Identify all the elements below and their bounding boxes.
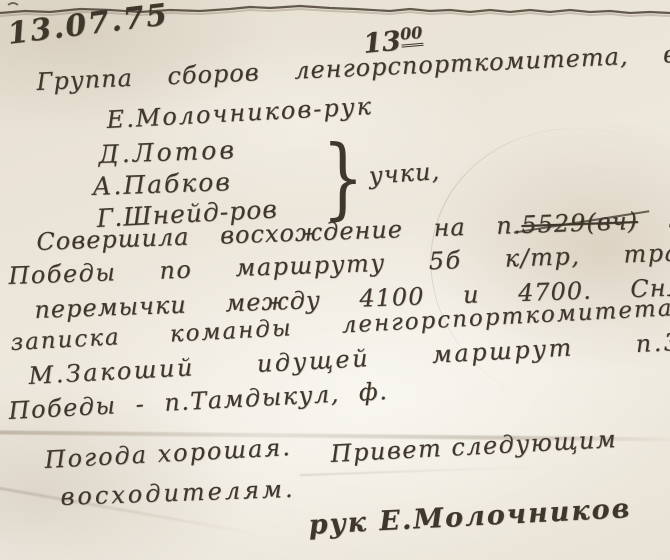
- ascent-peak-name: 30-летия: [638, 201, 670, 235]
- ascent-crossed-out-text: 5529(вч): [521, 207, 639, 239]
- handwritten-note-photo: 13.07.75 1300 Группа сборов ленгорспортк…: [0, 0, 670, 560]
- note-member-2: Д.Лотов: [98, 137, 237, 167]
- members-role-label: учки,: [368, 159, 441, 188]
- time-minutes: 00: [399, 23, 423, 48]
- members-brace: }: [322, 134, 364, 222]
- note-member-3: А.Пабков: [92, 169, 232, 199]
